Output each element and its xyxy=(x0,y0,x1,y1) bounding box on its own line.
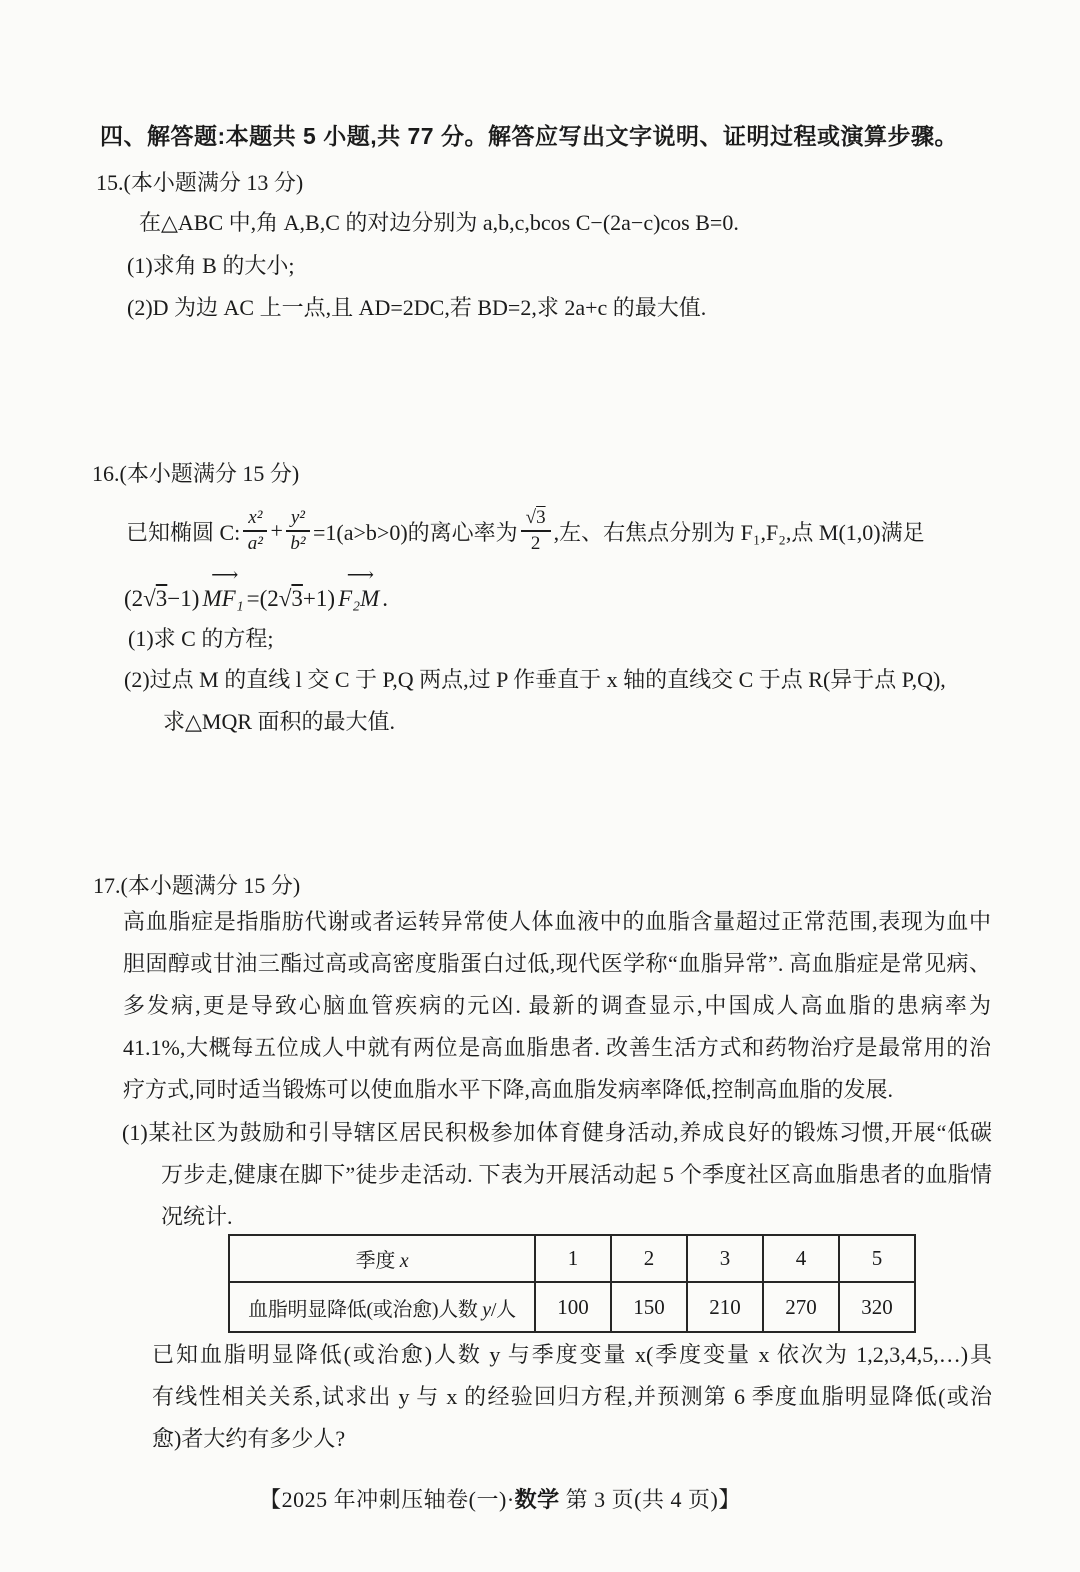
fraction-x2-a2: x² a² xyxy=(243,507,267,555)
footer-subject: 数学 xyxy=(515,1487,560,1512)
value-cell: 320 xyxy=(839,1282,915,1332)
fraction-denominator: b² xyxy=(290,532,305,555)
q17-after-table-line: 有线性相关关系,试求出 y 与 x 的经验回归方程,并预测第 6 季度血脂明显降… xyxy=(152,1383,992,1411)
vector-arrow-icon: ⟶ xyxy=(341,566,379,585)
vec-eq-text-1: (2 xyxy=(124,586,143,611)
quarter-cell: 4 xyxy=(763,1235,839,1282)
radicand: 3 xyxy=(156,586,168,611)
q17-paragraph-line: 疗方式,同时适当锻炼可以使血脂水平下降,高血脂发病率降低,控制高血脂的发展. xyxy=(123,1076,991,1104)
radical-sign: √ xyxy=(526,507,536,528)
q15-stem: 在△ABC 中,角 A,B,C 的对边分别为 a,b,c,bcos C−(2a−… xyxy=(139,209,739,237)
vector-name: F₂M xyxy=(338,586,379,611)
fraction-denominator: 2 xyxy=(531,532,541,555)
value-label-cell: 血脂明显降低(或治愈)人数 y/人 xyxy=(229,1282,535,1332)
fraction-sqrt3-2: √3 2 xyxy=(521,507,551,555)
value-cell: 270 xyxy=(763,1282,839,1332)
q16-part2-continuation: 求△MQR 面积的最大值. xyxy=(163,708,395,736)
q16-stem-formula: 已知椭圆 C: x² a² + y² b² =1(a>b>0)的离心率为 √3 … xyxy=(126,496,925,566)
q15-part1: (1)求角 B 的大小; xyxy=(127,252,294,280)
q17-after-table-line: 愈)者大约有多少人? xyxy=(152,1425,992,1453)
radical-sign: √ xyxy=(279,586,292,611)
quarter-cell: 1 xyxy=(535,1235,611,1282)
q17-paragraph-line: 多发病,更是导致心脑血管疾病的元凶. 最新的调查显示,中国成人高血脂的患病率为 xyxy=(123,992,991,1020)
q15-part2: (2)D 为边 AC 上一点,且 AD=2DC,若 BD=2,求 2a+c 的最… xyxy=(127,294,706,322)
fraction-numerator: y² xyxy=(286,507,310,532)
q17-part1-line: 万步走,健康在脚下”徒步走活动. 下表为开展活动起 5 个季度社区高血脂患者的血… xyxy=(161,1161,992,1189)
radical-sign: √ xyxy=(143,586,156,611)
page-footer: 【2025 年冲刺压轴卷(一)·数学 第 3 页(共 4 页)】 xyxy=(0,1483,1000,1514)
value-cell: 100 xyxy=(535,1282,611,1332)
q17-after-table-line: 已知血脂明显降低(或治愈)人数 y 与季度变量 x(季度变量 x 依次为 1,2… xyxy=(152,1341,992,1369)
q16-part2: (2)过点 M 的直线 l 交 C 于 P,Q 两点,过 P 作垂直于 x 轴的… xyxy=(124,666,946,694)
quarter-label: 季度 xyxy=(356,1250,400,1272)
vec-eq-text-3: =(2 xyxy=(247,586,279,611)
value-unit: /人 xyxy=(491,1299,516,1321)
q16-stem-text-1: 已知椭圆 C: xyxy=(126,516,240,547)
q17-paragraph-line: 高血脂症是指脂肪代谢或者运转异常使人体血液中的血脂含量超过正常范围,表现为血中 xyxy=(123,908,991,936)
vector-mf1: ⟶MF₁ xyxy=(202,585,243,614)
q17-paragraph-line: 41.1%,大概每五位成人中就有两位是高血脂患者. 改善生活方式和药物治疗是最常… xyxy=(123,1034,991,1062)
vector-name: MF₁ xyxy=(202,586,243,611)
vector-f2m: ⟶F₂M xyxy=(338,585,379,614)
quarter-cell: 2 xyxy=(611,1235,687,1282)
quarter-cell: 5 xyxy=(839,1235,915,1282)
fraction-denominator: a² xyxy=(248,532,263,555)
fraction-numerator: √3 xyxy=(521,507,551,532)
plus-sign: + xyxy=(270,518,282,544)
q16-part1: (1)求 C 的方程; xyxy=(128,625,273,653)
q17-paragraph-line: 胆固醇或甘油三酯过高或高密度脂蛋白过低,现代医学称“血脂异常”. 高血脂症是常见… xyxy=(123,950,991,978)
blood-lipid-statistics-table: 季度 x 1 2 3 4 5 血脂明显降低(或治愈)人数 y/人 100 150… xyxy=(228,1234,916,1333)
vec-eq-text-5: . xyxy=(382,586,388,611)
q16-stem-text-2: =1(a>b>0)的离心率为 xyxy=(313,516,518,547)
vector-arrow-icon: ⟶ xyxy=(206,566,244,585)
value-variable: y xyxy=(482,1299,491,1321)
footer-text-left: 【2025 年冲刺压轴卷(一)· xyxy=(259,1487,514,1512)
value-label: 血脂明显降低(或治愈)人数 xyxy=(248,1299,482,1321)
section-header: 四、解答题:本题共 5 小题,共 77 分。解答应写出文字说明、证明过程或演算步… xyxy=(100,122,958,151)
quarter-variable: x xyxy=(400,1250,409,1272)
radicand: 3 xyxy=(291,586,303,611)
q16-number: 16.(本小题满分 15 分) xyxy=(92,460,299,488)
exam-paper-page: 四、解答题:本题共 5 小题,共 77 分。解答应写出文字说明、证明过程或演算步… xyxy=(0,0,1080,1572)
q16-stem-text-3: ,左、右焦点分别为 F₁,F₂,点 M(1,0)满足 xyxy=(554,516,925,547)
q17-part1-line: (1)某社区为鼓励和引导辖区居民积极参加体育健身活动,养成良好的锻炼习惯,开展“… xyxy=(122,1119,992,1147)
vec-eq-text-4: +1) xyxy=(303,586,335,611)
q16-vector-equation: (2√3−1)⟶MF₁=(2√3+1)⟶F₂M. xyxy=(124,585,388,614)
quarter-label-cell: 季度 x xyxy=(229,1235,535,1282)
table-data-row: 血脂明显降低(或治愈)人数 y/人 100 150 210 270 320 xyxy=(229,1282,915,1332)
value-cell: 210 xyxy=(687,1282,763,1332)
quarter-cell: 3 xyxy=(687,1235,763,1282)
vec-eq-text-2: −1) xyxy=(167,586,199,611)
q15-number: 15.(本小题满分 13 分) xyxy=(96,169,303,197)
q17-number: 17.(本小题满分 15 分) xyxy=(93,872,300,900)
table-header-row: 季度 x 1 2 3 4 5 xyxy=(229,1235,915,1282)
footer-page-number: 第 3 页(共 4 页)】 xyxy=(560,1487,741,1512)
radicand: 3 xyxy=(536,507,546,528)
q17-part1-line: 况统计. xyxy=(161,1203,992,1231)
value-cell: 150 xyxy=(611,1282,687,1332)
fraction-y2-b2: y² b² xyxy=(286,507,310,555)
fraction-numerator: x² xyxy=(243,507,267,532)
